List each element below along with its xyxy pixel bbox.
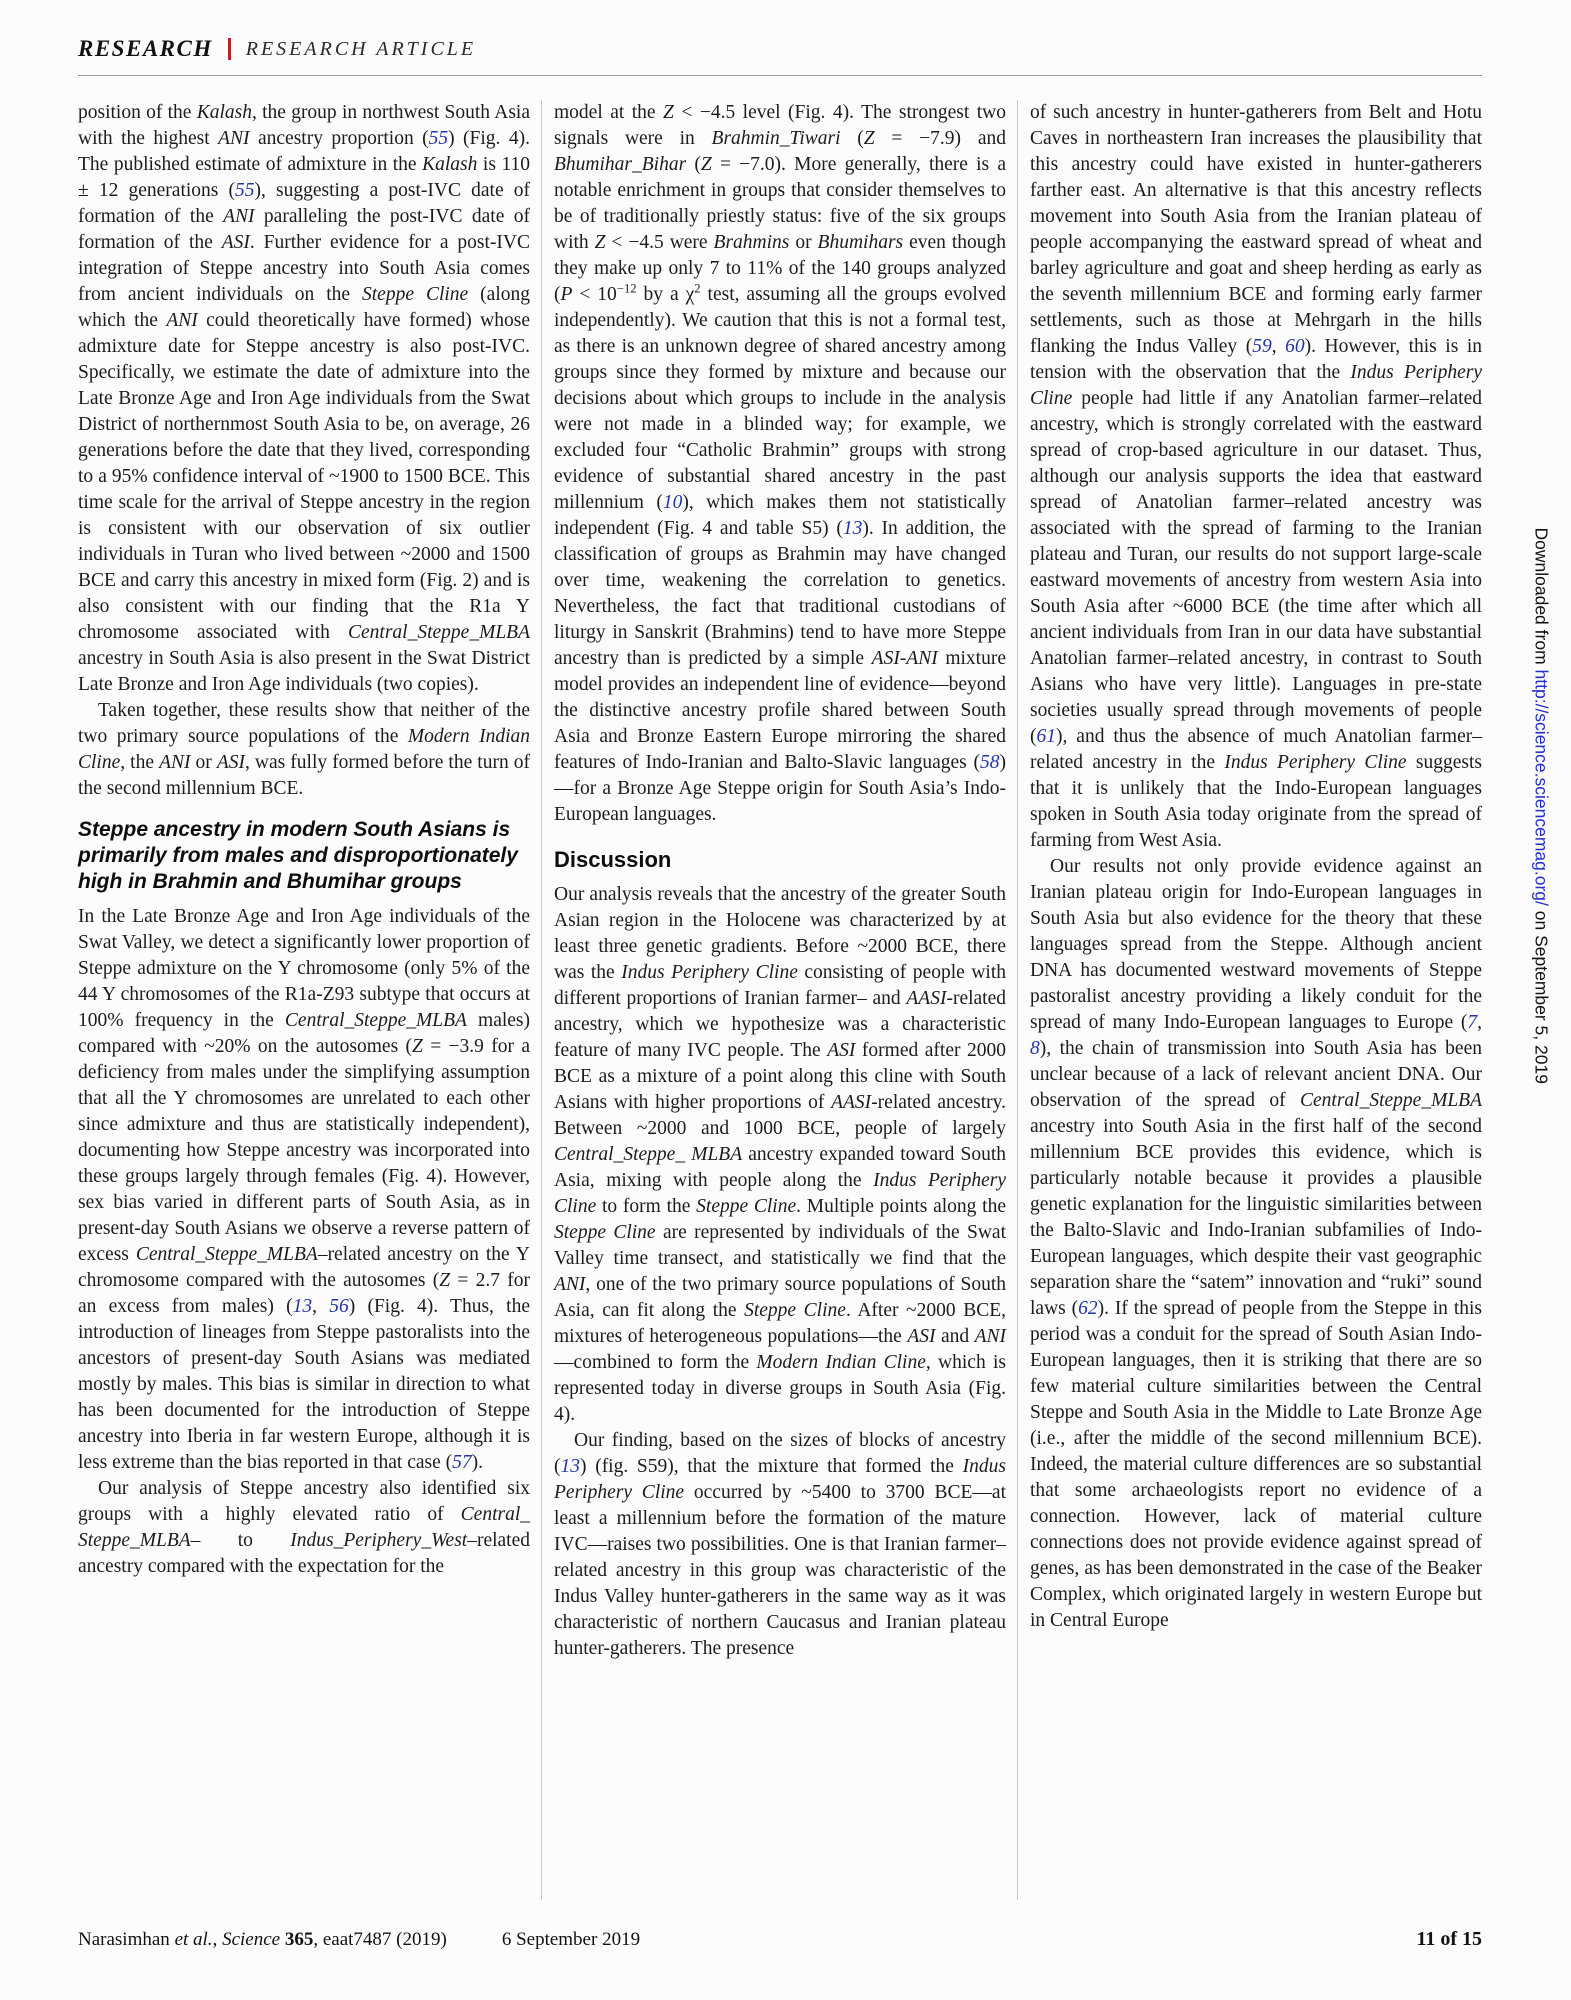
download-note-suffix: on September 5, 2019 [1532,906,1552,1084]
page-header: RESEARCH RESEARCH ARTICLE [78,36,1482,76]
column-2: model at the Z < −4.5 level (Fig. 4). Th… [554,100,1006,1662]
paper-page: { "header": { "kicker": "RESEARCH", "art… [0,0,1571,2000]
download-note: Downloaded from http://science.sciencema… [1531,528,1552,1058]
download-note-prefix: Downloaded from [1532,528,1552,670]
column-1: position of the Kalash, the group in nor… [78,100,530,1662]
column-3: of such ancestry in hunter-gatherers fro… [1030,100,1482,1662]
paragraph: Our results not only provide evidence ag… [1030,854,1482,1634]
research-kicker: RESEARCH [78,36,213,62]
paragraph: position of the Kalash, the group in nor… [78,100,530,698]
paragraph: Taken together, these results show that … [78,698,530,802]
header-row: RESEARCH RESEARCH ARTICLE [78,36,1482,76]
paragraph: Our finding, based on the sizes of block… [554,1428,1006,1662]
section-heading-steppe-ancestry: Steppe ancestry in modern South Asians i… [78,817,530,895]
article-type-label: RESEARCH ARTICLE [246,38,476,61]
paragraph: Our analysis reveals that the ancestry o… [554,882,1006,1428]
footer-date: 6 September 2019 [502,1929,640,1951]
footer-citation: Narasimhan et al., Science 365, eaat7487… [78,1929,447,1951]
red-separator-bar [228,38,231,60]
section-heading-discussion: Discussion [554,847,1006,873]
download-note-link[interactable]: http://science.sciencemag.org/ [1532,670,1552,906]
page-footer: Narasimhan et al., Science 365, eaat7487… [78,1928,1482,1951]
paragraph: Our analysis of Steppe ancestry also ide… [78,1476,530,1580]
paragraph: model at the Z < −4.5 level (Fig. 4). Th… [554,100,1006,828]
article-body: position of the Kalash, the group in nor… [78,100,1482,1662]
paragraph: In the Late Bronze Age and Iron Age indi… [78,904,530,1476]
page-number: 11 of 15 [1416,1928,1482,1951]
paragraph: of such ancestry in hunter-gatherers fro… [1030,100,1482,854]
